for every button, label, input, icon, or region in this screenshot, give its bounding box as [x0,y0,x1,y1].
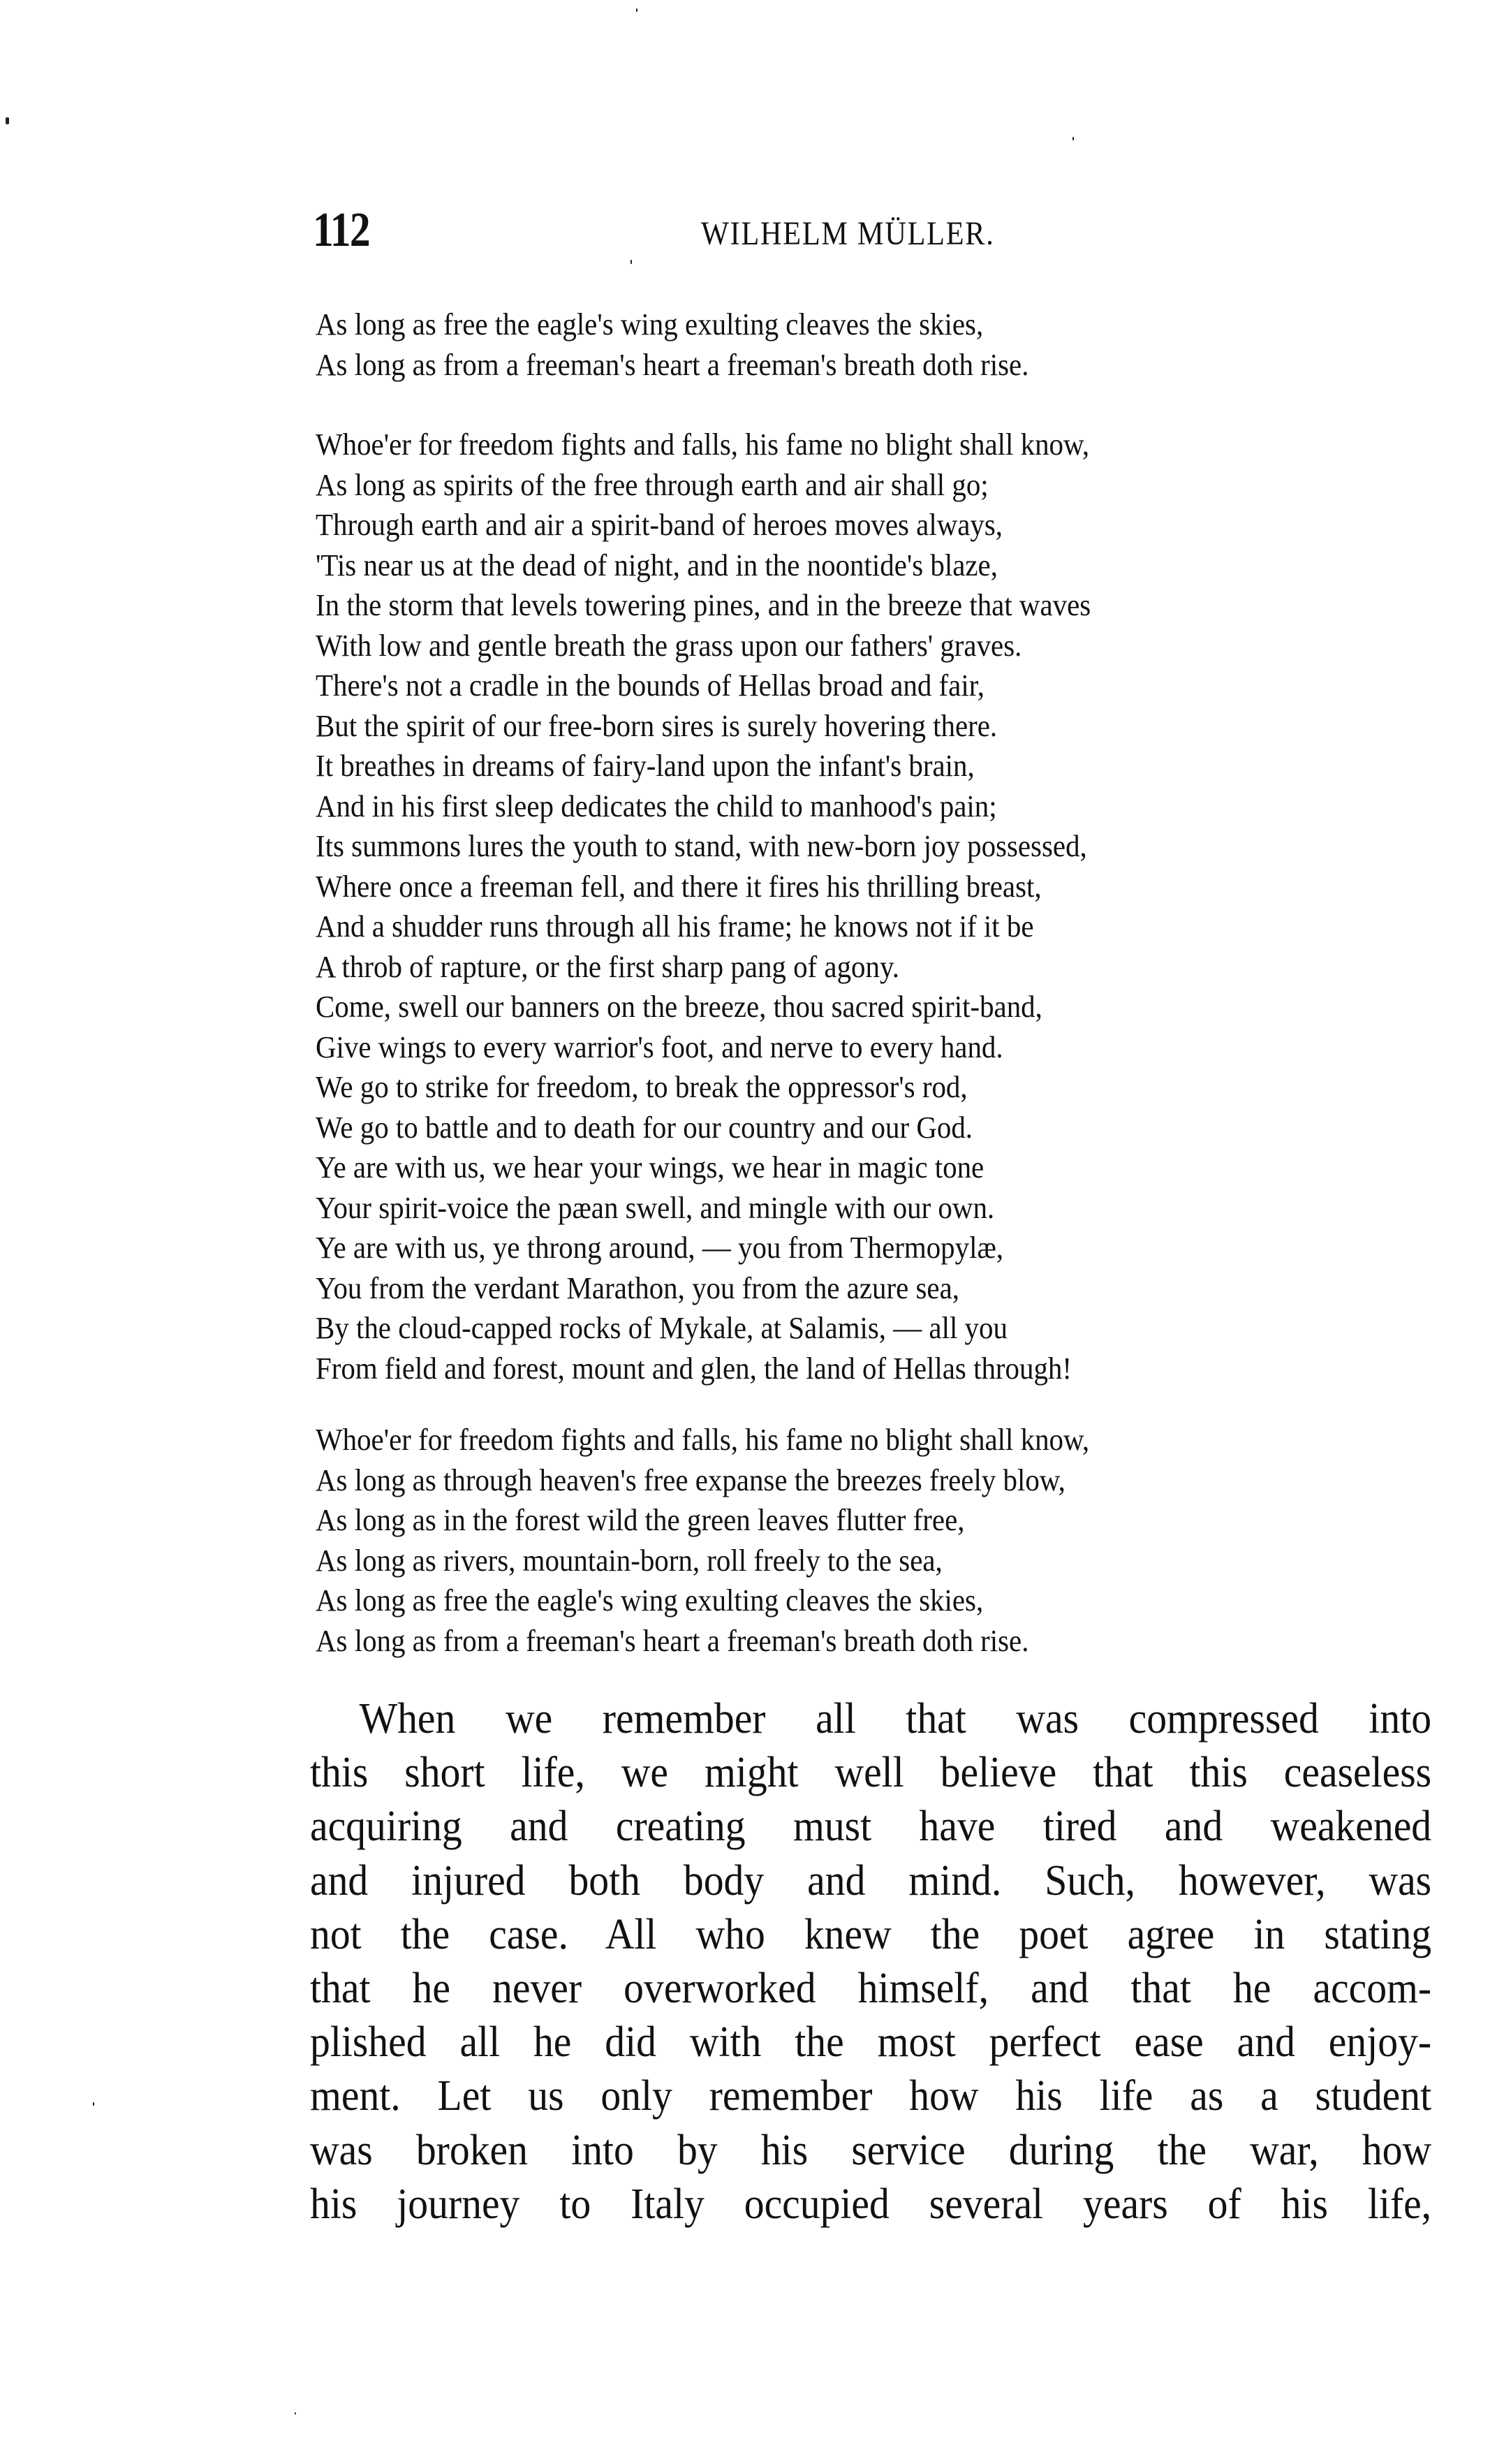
poem-stanza-3: Whoe'er for freedom fights and falls, hi… [316,1420,1433,1661]
prose-line: his journey to Italy occupied several ye… [310,2178,1431,2231]
poem-line: But the spirit of our free-born sires is… [316,706,1355,747]
prose-line: that he never overworked himself, and th… [310,1962,1431,2016]
poem-line: And in his first sleep dedicates the chi… [316,786,1355,827]
prose-line: When we remember all that was compressed… [310,1692,1431,1746]
poem-line: Ye are with us, ye throng around, — you … [316,1228,1355,1268]
page-number: 112 [313,203,369,258]
poem-line: As long as in the forest wild the green … [316,1500,1355,1541]
scan-speck [295,2412,296,2414]
poem-line: As long as spirits of the free through e… [316,465,1355,506]
poem-line: From field and forest, mount and glen, t… [316,1349,1355,1389]
poem-stanza-2: Whoe'er for freedom fights and falls, hi… [316,425,1433,1388]
scan-speck [6,117,9,124]
poem-line: You from the verdant Marathon, you from … [316,1268,1355,1309]
running-title: WILHELM MÜLLER. [701,210,995,258]
poem-line: As long as free the eagle's wing exultin… [316,305,1355,345]
poem-line: As long as through heaven's free expanse… [316,1460,1355,1501]
poem-line: As long as from a freeman's heart a free… [316,1621,1355,1662]
poem-line: We go to battle and to death for our cou… [316,1108,1355,1148]
running-head: 112 WILHELM MÜLLER. [313,203,1430,258]
prose-paragraph: When we remember all that was compressed… [310,1692,1431,2231]
prose-line: not the case. All who knew the poet agre… [310,1908,1431,1962]
scan-speck [93,2102,94,2106]
poem-line: We go to strike for freedom, to break th… [316,1067,1355,1108]
prose-line: ment. Let us only remember how his life … [310,2069,1431,2123]
poem-line: Its summons lures the youth to stand, wi… [316,826,1355,867]
poem-line: A throb of rapture, or the first sharp p… [316,947,1355,988]
book-page: 112 WILHELM MÜLLER. As long as free the … [0,0,1497,2464]
poem-line: Ye are with us, we hear your wings, we h… [316,1147,1355,1188]
poem-line: As long as rivers, mountain-born, roll f… [316,1541,1355,1581]
poem-line: Come, swell our banners on the breeze, t… [316,987,1355,1027]
poem-stanza-1: As long as free the eagle's wing exultin… [316,305,1433,385]
poem-line: 'Tis near us at the dead of night, and i… [316,545,1355,586]
prose-line: acquiring and creating must have tired a… [310,1800,1431,1854]
scan-speck [630,260,632,264]
poem-line: In the storm that levels towering pines,… [316,585,1355,626]
poem-line: It breathes in dreams of fairy-land upon… [316,746,1355,786]
prose-line: was broken into by his service during th… [310,2124,1431,2178]
scan-speck [636,8,637,12]
poem-line: Whoe'er for freedom fights and falls, hi… [316,1420,1355,1460]
poem-line: With low and gentle breath the grass upo… [316,626,1355,666]
prose-line: this short life, we might well believe t… [310,1746,1431,1800]
poem-line: Whoe'er for freedom fights and falls, hi… [316,425,1355,465]
prose-line: and injured both body and mind. Such, ho… [310,1854,1431,1908]
poem-line: There's not a cradle in the bounds of He… [316,666,1355,706]
poem-line: Give wings to every warrior's foot, and … [316,1027,1355,1068]
poem-line: Where once a freeman fell, and there it … [316,867,1355,907]
poem-line: By the cloud-capped rocks of Mykale, at … [316,1308,1355,1349]
poem-line: Your spirit-voice the pæan swell, and mi… [316,1188,1355,1229]
poem-line: As long as free the eagle's wing exultin… [316,1581,1355,1621]
poem-line: Through earth and air a spirit-band of h… [316,505,1355,545]
prose-line: plished all he did with the most perfect… [310,2016,1431,2069]
poem-line: And a shudder runs through all his frame… [316,907,1355,947]
poem-line: As long as from a freeman's heart a free… [316,345,1355,386]
scan-speck [1072,137,1074,140]
